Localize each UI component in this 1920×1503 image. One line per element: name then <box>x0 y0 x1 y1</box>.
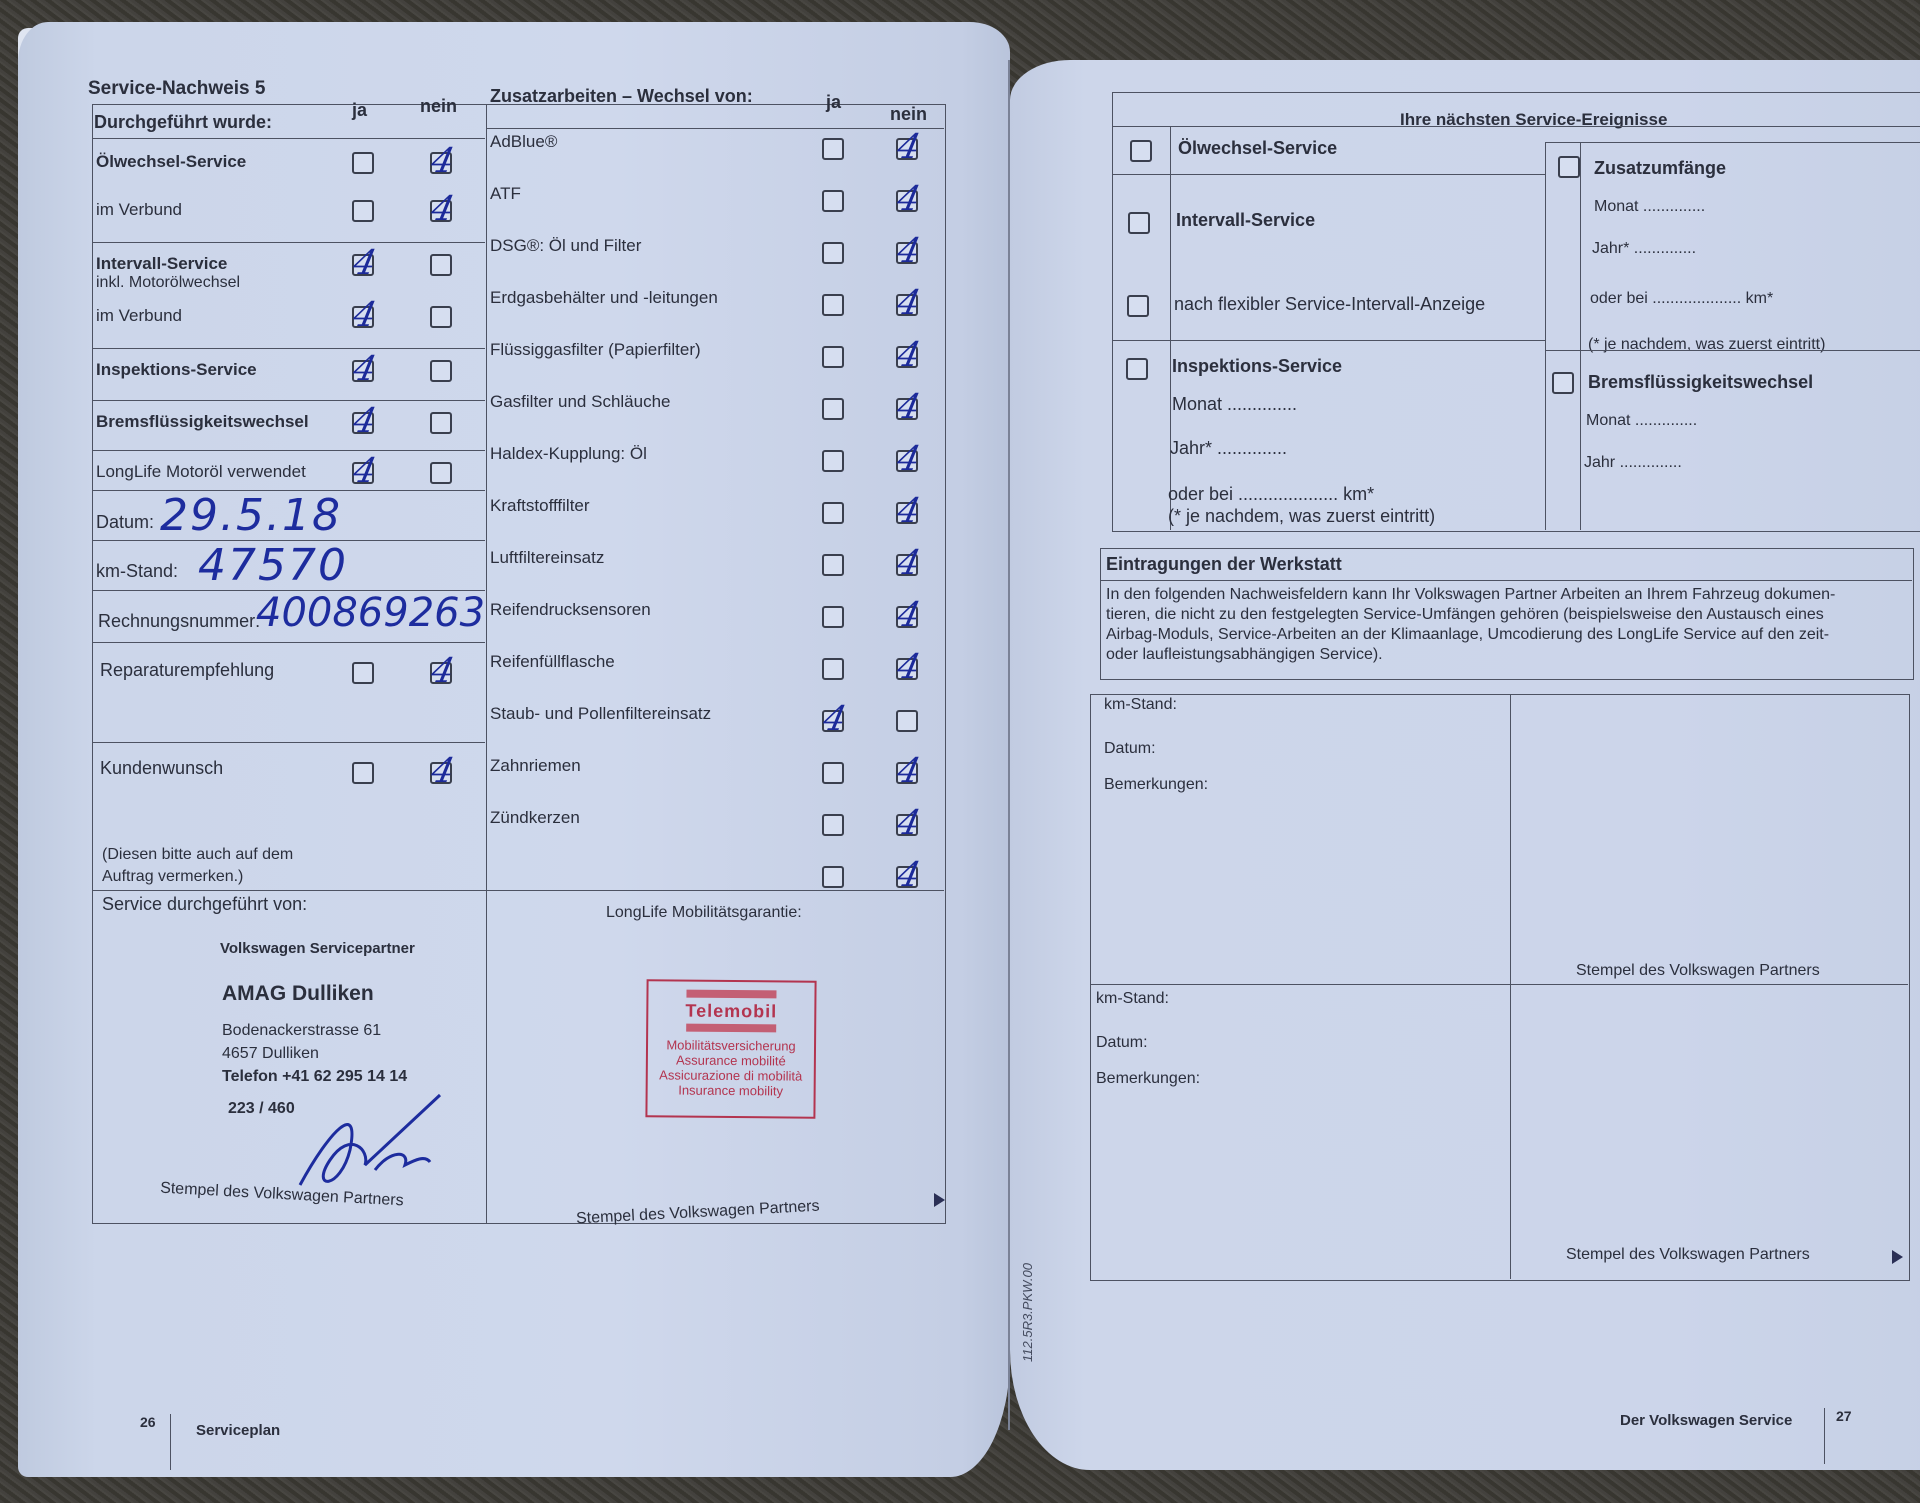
additional-no-checkbox[interactable] <box>896 138 918 160</box>
brake-checkbox[interactable] <box>1552 372 1574 394</box>
additional-yes-checkbox[interactable] <box>822 294 844 316</box>
next-events-title: Ihre nächsten Service-Ereignisse <box>1400 110 1667 130</box>
divider <box>92 138 485 139</box>
entry-2-date[interactable]: Datum: <box>1096 1034 1148 1052</box>
additional-yes-checkbox[interactable] <box>822 658 844 680</box>
flexible-label: nach flexibler Service-Intervall-Anzeige <box>1174 294 1485 315</box>
performed-row-label: Bremsflüssigkeitswechsel <box>96 412 309 432</box>
additional-row-label: Gasfilter und Schläuche <box>490 392 671 412</box>
additional-no-checkbox[interactable] <box>896 658 918 680</box>
dealer-address: Bodenackerstrasse 61 <box>222 1022 381 1040</box>
performed-row-sublabel: inkl. Motorölwechsel <box>96 274 240 292</box>
divider <box>92 890 944 891</box>
divider <box>1090 984 1908 985</box>
extras-month[interactable]: Monat .............. <box>1594 198 1705 216</box>
additional-no-checkbox[interactable] <box>896 554 918 576</box>
date-value[interactable]: 29.5.18 <box>160 490 342 541</box>
divider <box>92 400 485 401</box>
page-number-left: 26 <box>140 1414 156 1430</box>
performed-row-label: Inspektions-Service <box>96 360 257 380</box>
book-spine <box>1008 60 1010 1430</box>
divider <box>1170 126 1171 530</box>
divider <box>1510 694 1511 1279</box>
customer-note: (Diesen bitte auch auf dem <box>102 846 293 864</box>
stamp-line: Insurance mobility <box>648 1082 814 1098</box>
brake-year[interactable]: Jahr .............. <box>1584 454 1682 472</box>
mobility-stamp: Telemobil Mobilitätsversicherung Assuran… <box>645 979 816 1118</box>
additional-no-checkbox[interactable] <box>896 762 918 784</box>
workshop-entries-table <box>1090 694 1910 1281</box>
footer-divider <box>170 1414 171 1470</box>
inspection-month[interactable]: Monat .............. <box>1172 394 1297 415</box>
flexible-checkbox[interactable] <box>1127 295 1149 317</box>
performed-no-checkbox[interactable] <box>430 412 452 434</box>
stamp-name: Telemobil <box>648 1000 814 1022</box>
divider <box>92 450 485 451</box>
performed-row-label: LongLife Motoröl verwendet <box>96 462 306 482</box>
performed-no-checkbox[interactable] <box>430 306 452 328</box>
additional-row-label: ATF <box>490 184 521 204</box>
divider <box>92 642 485 643</box>
extras-km[interactable]: oder bei .................... km* <box>1590 290 1773 308</box>
dealer-phone: Telefon +41 62 295 14 14 <box>222 1068 407 1086</box>
signature <box>290 1090 460 1200</box>
brake-label: Bremsflüssigkeitswechsel <box>1588 372 1813 393</box>
dealer-code: 223 / 460 <box>228 1100 295 1118</box>
km-label: km-Stand: <box>96 561 178 582</box>
divider <box>1545 142 1546 530</box>
extras-footnote: (* je nachdem, was zuerst eintritt) <box>1588 336 1825 354</box>
additional-row-label: DSG®: Öl und Filter <box>490 236 641 256</box>
additional-yes-checkbox[interactable] <box>822 450 844 472</box>
repair-no-checkbox[interactable] <box>430 662 452 684</box>
entry-1-km[interactable]: km-Stand: <box>1104 696 1177 714</box>
performed-no-checkbox[interactable] <box>430 152 452 174</box>
additional-no-checkbox[interactable] <box>896 450 918 472</box>
performed-row-label: Ölwechsel-Service <box>96 152 246 172</box>
divider <box>92 242 485 243</box>
stamp-line: Mobilitätsversicherung <box>648 1037 814 1053</box>
inspection-km[interactable]: oder bei .................... km* <box>1168 484 1374 505</box>
customer-note-2: Auftrag vermerken.) <box>102 868 243 886</box>
workshop-title: Eintragungen der Werkstatt <box>1106 554 1342 575</box>
oil-service-checkbox[interactable] <box>1130 140 1152 162</box>
additional-no-checkbox[interactable] <box>896 502 918 524</box>
additional-yes-checkbox[interactable] <box>822 814 844 836</box>
additional-yes-checkbox[interactable] <box>822 710 844 732</box>
additional-row-label: Staub- und Pollenfiltereinsatz <box>490 704 711 724</box>
performed-yes-checkbox[interactable] <box>352 306 374 328</box>
col-yes-header: ja <box>352 100 367 121</box>
performed-yes-checkbox[interactable] <box>352 200 374 222</box>
customer-no-checkbox[interactable] <box>430 762 452 784</box>
additional-row-label: Reifendrucksensoren <box>490 600 651 620</box>
col-no-header: nein <box>420 96 457 117</box>
next-arrow-icon <box>1892 1250 1903 1264</box>
divider <box>486 128 944 129</box>
additional-no-checkbox[interactable] <box>896 190 918 212</box>
additional-row-label: Reifenfüllflasche <box>490 652 615 672</box>
brake-month[interactable]: Monat .............. <box>1586 412 1697 430</box>
inspection-label: Inspektions-Service <box>1172 356 1342 377</box>
additional-row-label: Flüssiggasfilter (Papierfilter) <box>490 340 701 360</box>
customer-label: Kundenwunsch <box>100 758 223 779</box>
km-value[interactable]: 47570 <box>198 540 348 591</box>
divider <box>1112 174 1545 175</box>
stamp-line: Assicurazione di mobilità <box>648 1067 814 1083</box>
additional-yes-checkbox[interactable] <box>822 398 844 420</box>
performed-by-label: Service durchgeführt von: <box>102 894 307 915</box>
performed-row-label: im Verbund <box>96 200 182 220</box>
extras-checkbox[interactable] <box>1558 156 1580 178</box>
additional-yes-checkbox[interactable] <box>822 242 844 264</box>
performed-yes-checkbox[interactable] <box>352 360 374 382</box>
inspection-year[interactable]: Jahr* .............. <box>1170 438 1287 459</box>
page-number-right: 27 <box>1836 1408 1852 1424</box>
additional-yes-checkbox[interactable] <box>822 346 844 368</box>
inspection-checkbox[interactable] <box>1126 358 1148 380</box>
interval-service-checkbox[interactable] <box>1128 212 1150 234</box>
entry-2-remarks[interactable]: Bemerkungen: <box>1096 1070 1200 1088</box>
inspection-footnote: (* je nachdem, was zuerst eintritt) <box>1168 506 1435 527</box>
dealer-name: AMAG Dulliken <box>222 982 374 1006</box>
divider <box>1100 580 1912 581</box>
section-title: Service-Nachweis 5 <box>88 78 265 100</box>
additional-row-label: Luftfiltereinsatz <box>490 548 604 568</box>
performed-yes-checkbox[interactable] <box>352 462 374 484</box>
repair-label: Reparaturempfehlung <box>100 660 274 681</box>
interval-service-label: Intervall-Service <box>1176 210 1315 231</box>
repair-yes-checkbox[interactable] <box>352 662 374 684</box>
additional-yes-checkbox[interactable] <box>822 502 844 524</box>
customer-yes-checkbox[interactable] <box>352 762 374 784</box>
performed-no-checkbox[interactable] <box>430 462 452 484</box>
extras-year[interactable]: Jahr* .............. <box>1592 240 1696 258</box>
document-code: 112.5R3.PKW.00 <box>1020 1263 1035 1362</box>
additional-no-checkbox[interactable] <box>896 294 918 316</box>
additional-no-checkbox[interactable] <box>896 606 918 628</box>
additional-no-checkbox[interactable] <box>896 710 918 732</box>
additional-row-label: Erdgasbehälter und -leitungen <box>490 288 718 308</box>
performed-yes-checkbox[interactable] <box>352 412 374 434</box>
footer-section-left: Serviceplan <box>196 1422 280 1439</box>
performed-yes-checkbox[interactable] <box>352 152 374 174</box>
additional-col-yes: ja <box>826 92 841 113</box>
additional-no-checkbox[interactable] <box>896 866 918 888</box>
stamp-line: Assurance mobilité <box>648 1052 814 1068</box>
additional-no-checkbox[interactable] <box>896 346 918 368</box>
entry-1-remarks[interactable]: Bemerkungen: <box>1104 776 1208 794</box>
performed-row-label: im Verbund <box>96 306 182 326</box>
dealer-tagline: Volkswagen Servicepartner <box>220 940 415 957</box>
additional-no-checkbox[interactable] <box>896 398 918 420</box>
additional-row-label: Haldex-Kupplung: Öl <box>490 444 647 464</box>
divider <box>1545 350 1920 351</box>
performed-no-checkbox[interactable] <box>430 200 452 222</box>
oil-service-label: Ölwechsel-Service <box>1178 138 1337 159</box>
additional-yes-checkbox[interactable] <box>822 606 844 628</box>
dealer-city: 4657 Dulliken <box>222 1045 319 1063</box>
additional-row-label: Zündkerzen <box>490 808 580 828</box>
additional-no-checkbox[interactable] <box>896 242 918 264</box>
performed-no-checkbox[interactable] <box>430 360 452 382</box>
entry-1-date[interactable]: Datum: <box>1104 740 1156 758</box>
entry-2-stamp: Stempel des Volkswagen Partners <box>1566 1246 1810 1264</box>
divider <box>92 742 485 743</box>
extras-label: Zusatzumfänge <box>1594 158 1726 179</box>
invoice-value[interactable]: 400869263 <box>256 590 485 636</box>
additional-row-label: Kraftstofffilter <box>490 496 590 516</box>
next-arrow-icon <box>934 1193 945 1207</box>
additional-row-label: Zahnriemen <box>490 756 581 776</box>
workshop-text: In den folgenden Nachweisfeldern kann Ih… <box>1106 585 1835 665</box>
performed-yes-checkbox[interactable] <box>352 254 374 276</box>
divider <box>92 348 485 349</box>
entry-1-stamp: Stempel des Volkswagen Partners <box>1576 962 1820 980</box>
invoice-label: Rechnungsnummer: <box>98 611 260 632</box>
divider <box>1112 126 1920 127</box>
divider <box>1545 142 1920 143</box>
additional-col-no: nein <box>890 104 927 125</box>
divider <box>1580 142 1581 530</box>
additional-yes-checkbox[interactable] <box>822 138 844 160</box>
performed-row-label: Intervall-Service <box>96 254 227 274</box>
additional-row-label: AdBlue® <box>490 132 557 152</box>
additional-yes-checkbox[interactable] <box>822 554 844 576</box>
performed-header: Durchgeführt wurde: <box>94 112 272 133</box>
performed-no-checkbox[interactable] <box>430 254 452 276</box>
footer-section-right: Der Volkswagen Service <box>1620 1412 1792 1429</box>
additional-yes-checkbox[interactable] <box>822 762 844 784</box>
footer-divider <box>1824 1408 1825 1464</box>
mobility-label: LongLife Mobilitätsgarantie: <box>606 904 802 922</box>
divider <box>1112 340 1545 341</box>
additional-yes-checkbox[interactable] <box>822 190 844 212</box>
additional-no-checkbox[interactable] <box>896 814 918 836</box>
entry-2-km[interactable]: km-Stand: <box>1096 990 1169 1008</box>
additional-yes-checkbox[interactable] <box>822 866 844 888</box>
date-label: Datum: <box>96 512 154 533</box>
additional-header: Zusatzarbeiten – Wechsel von: <box>490 86 753 107</box>
